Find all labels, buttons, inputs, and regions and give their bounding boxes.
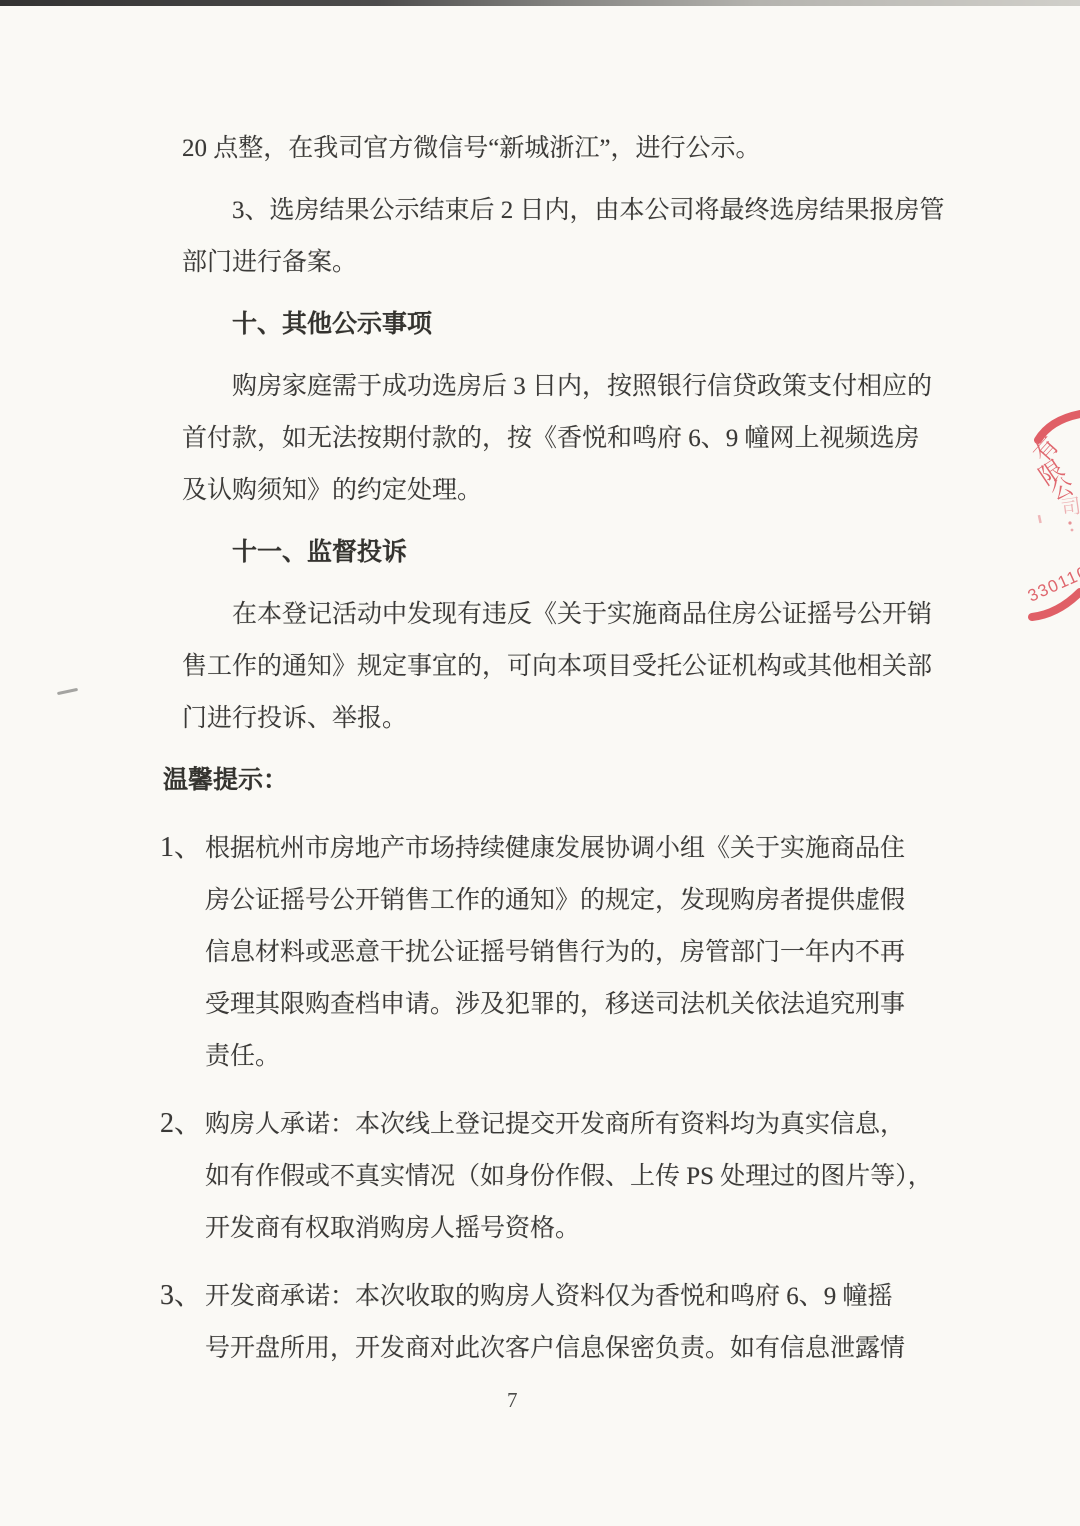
text-line: 首付款，如无法按期付款的，按《香悦和鸣府 6、9 幢网上视频选房	[182, 413, 957, 465]
text-line: 购房家庭需于成功选房后 3 日内，按照银行信贷政策支付相应的	[182, 361, 957, 413]
list-item: 2、购房人承诺：本次线上登记提交开发商所有资料均为真实信息，如有作假或不真实情况…	[160, 1099, 957, 1255]
text-line: 温馨提示：	[163, 755, 957, 807]
text-line: 受理其限购查档申请。涉及犯罪的，移送司法机关依法追究刑事	[205, 979, 957, 1031]
text-line: 售工作的通知》规定事宜的，可向本项目受托公证机构或其他相关部	[182, 641, 957, 693]
text-line: 信息材料或恶意干扰公证摇号销售行为的，房管部门一年内不再	[205, 927, 957, 979]
pen-mark	[57, 688, 78, 695]
stamp-fleck	[1038, 515, 1042, 523]
text-line: 根据杭州市房地产市场持续健康发展协调小组《关于实施商品住	[205, 823, 957, 875]
stamp-dot	[1068, 521, 1071, 524]
text-line: 号开盘所用，开发商对此次客户信息保密负责。如有信息泄露情	[205, 1323, 957, 1375]
page-number: 7	[507, 1388, 518, 1413]
document-content: 20 点整，在我司官方微信号“新城浙江”，进行公示。3、选房结果公示结束后 2 …	[182, 123, 957, 1375]
stamp-name-char: 司	[1059, 494, 1080, 520]
text-line: 门进行投诉、举报。	[182, 693, 957, 745]
list-marker: 1、	[160, 823, 205, 1083]
text-line: 在本登记活动中发现有违反《关于实施商品住房公证摇号公开销	[182, 589, 957, 641]
scan-edge-artifact	[0, 0, 1080, 6]
tip-heading: 温馨提示：	[163, 755, 957, 807]
list-item: 3、开发商承诺：本次收取的购房人资料仅为香悦和鸣府 6、9 幢摇号开盘所用，开发…	[160, 1271, 957, 1375]
scanned-document-page: 20 点整，在我司官方微信号“新城浙江”，进行公示。3、选房结果公示结束后 2 …	[0, 0, 1080, 1526]
text-line: 责任。	[205, 1031, 957, 1083]
text-line: 20 点整，在我司官方微信号“新城浙江”，进行公示。	[182, 123, 957, 175]
text-line: 3、选房结果公示结束后 2 日内，由本公司将最终选房结果报房管	[182, 185, 957, 237]
text-line: 及认购须知》的约定处理。	[182, 465, 957, 517]
stamp-dot	[1071, 529, 1074, 532]
paragraph: 购房家庭需于成功选房后 3 日内，按照银行信贷政策支付相应的首付款，如无法按期付…	[182, 361, 957, 517]
list-item: 1、根据杭州市房地产市场持续健康发展协调小组《关于实施商品住房公证摇号公开销售工…	[160, 823, 957, 1083]
text-line: 十、其他公示事项	[182, 299, 957, 351]
list-marker: 3、	[160, 1271, 205, 1375]
list-marker: 2、	[160, 1099, 205, 1255]
section-heading: 十一、监督投诉	[182, 527, 957, 579]
text-line: 如有作假或不真实情况（如身份作假、上传 PS 处理过的图片等），	[205, 1151, 957, 1203]
paragraph: 在本登记活动中发现有违反《关于实施商品住房公证摇号公开销售工作的通知》规定事宜的…	[182, 589, 957, 745]
official-stamp-icon: 有 限 公 司 330110	[988, 383, 1080, 653]
text-line: 房公证摇号公开销售工作的通知》的规定，发现购房者提供虚假	[205, 875, 957, 927]
text-line: 十一、监督投诉	[182, 527, 957, 579]
paragraph: 3、选房结果公示结束后 2 日内，由本公司将最终选房结果报房管部门进行备案。	[182, 185, 957, 289]
paragraph: 20 点整，在我司官方微信号“新城浙江”，进行公示。	[182, 123, 957, 175]
text-line: 开发商承诺：本次收取的购房人资料仅为香悦和鸣府 6、9 幢摇	[205, 1271, 957, 1323]
section-heading: 十、其他公示事项	[182, 299, 957, 351]
text-line: 部门进行备案。	[182, 237, 957, 289]
text-line: 开发商有权取消购房人摇号资格。	[205, 1203, 957, 1255]
text-line: 购房人承诺：本次线上登记提交开发商所有资料均为真实信息，	[205, 1099, 957, 1151]
